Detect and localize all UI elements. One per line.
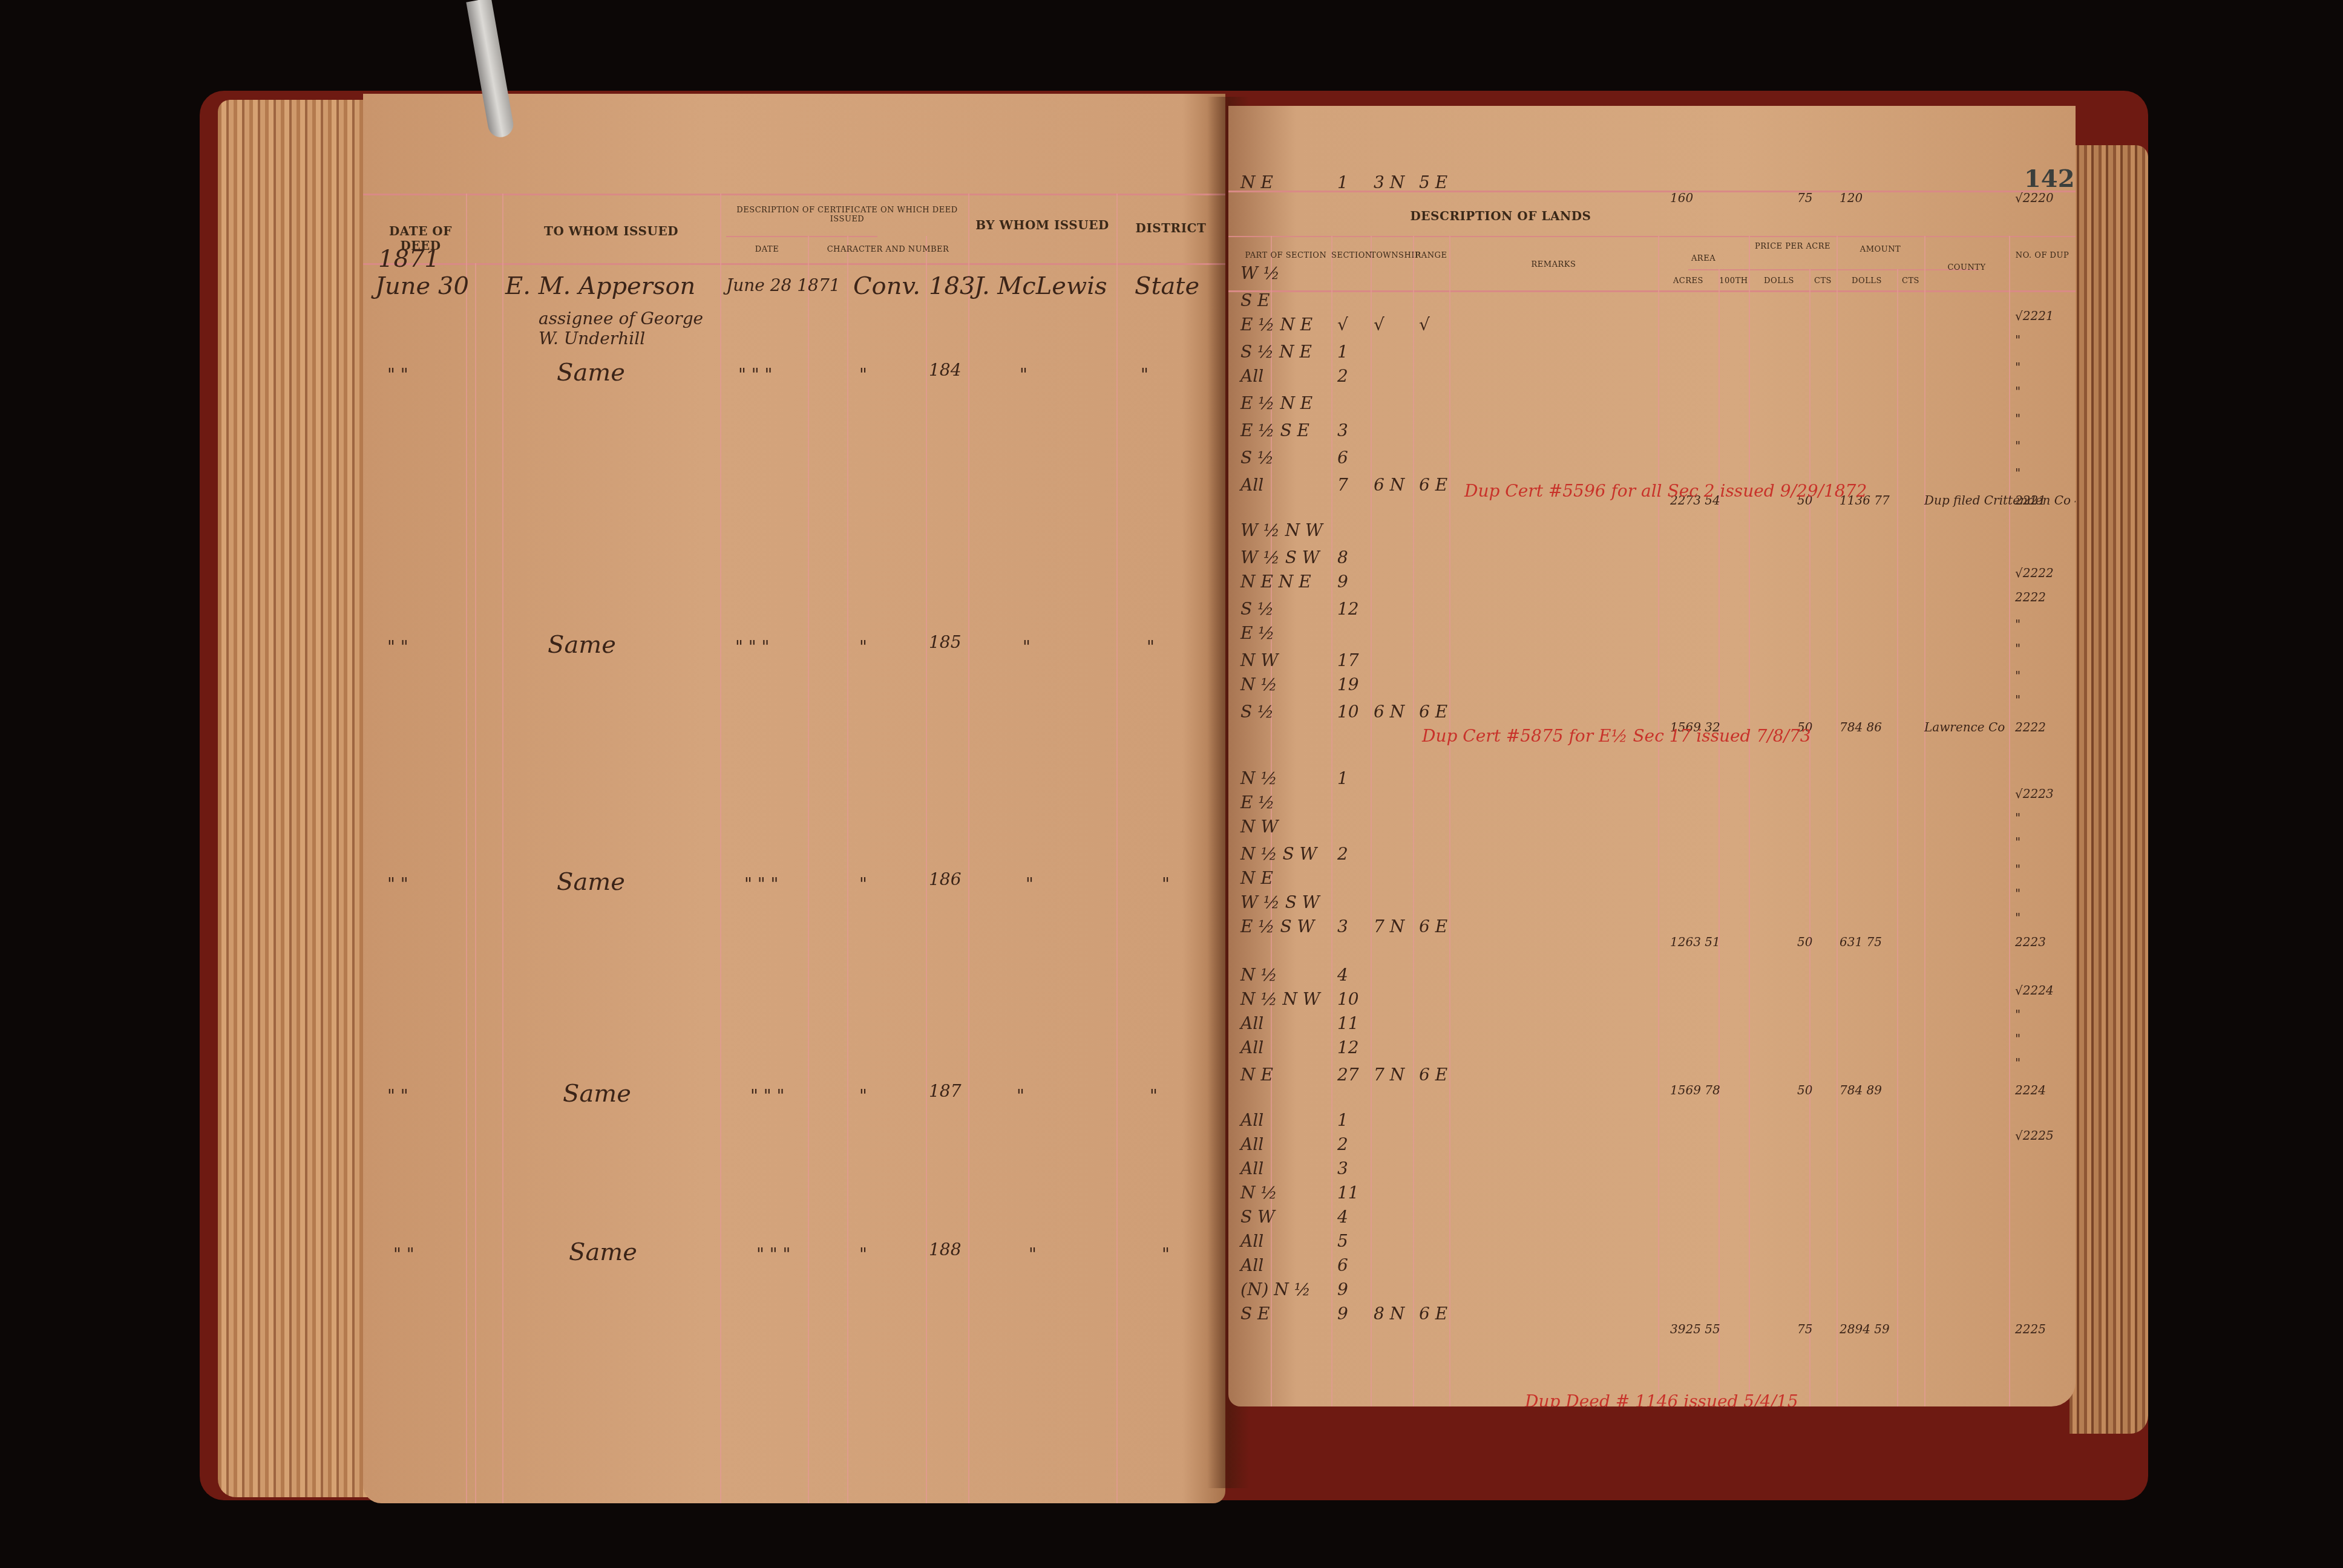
header-area-acres: Acres	[1658, 276, 1719, 286]
part-of-section: N W	[1240, 650, 1278, 670]
cert-number: 184	[929, 360, 961, 380]
part-of-section: All	[1240, 475, 1263, 495]
part-of-section: All	[1240, 1037, 1263, 1057]
district: "	[1147, 637, 1155, 657]
part-of-section: All	[1240, 1134, 1263, 1154]
dup-number: "	[2015, 641, 2020, 656]
dup-number: "	[2015, 1056, 2020, 1070]
cert-number: 183	[929, 272, 975, 300]
col-rule	[926, 236, 927, 1503]
area: 1569 78	[1670, 1083, 1720, 1097]
col-rule	[968, 194, 969, 1503]
section: 11	[1337, 1183, 1359, 1203]
deed-date: " "	[393, 1244, 415, 1264]
section: 1	[1337, 768, 1348, 788]
part-of-section: E ½ S E	[1240, 420, 1309, 440]
amount: 631 75	[1840, 935, 1882, 949]
col-rule	[1897, 269, 1898, 1406]
dup-number: 2222	[2015, 590, 2046, 604]
deed-date: " "	[387, 874, 408, 894]
area: 160	[1670, 191, 1693, 205]
section: 6	[1337, 1255, 1348, 1275]
header-amount: Amount	[1837, 245, 1924, 254]
section: 6	[1337, 448, 1348, 468]
dup-number: √2225	[2015, 1128, 2054, 1143]
red-annotation: Dup Cert #5875 for E½ Sec 17 issued 7/8/…	[1422, 726, 1811, 746]
part-of-section: All	[1240, 1013, 1263, 1033]
cert-number: 186	[929, 869, 961, 889]
dup-number: 2221	[2015, 493, 2046, 508]
part-of-section: N ½	[1240, 768, 1277, 788]
section: √	[1337, 315, 1348, 335]
range: 6 E	[1419, 1065, 1447, 1085]
section: 2	[1337, 366, 1348, 386]
right-page: Description of Lands Part of Section Sec…	[1228, 106, 2076, 1406]
dup-number: "	[2015, 384, 2020, 399]
part-of-section: N E N E	[1240, 572, 1311, 592]
dup-number: "	[2015, 466, 2020, 480]
dup-number: √2224	[2015, 983, 2054, 998]
issued-by: "	[1023, 637, 1031, 657]
header-certificate-description: Description of Certificate on which Deed…	[726, 206, 968, 224]
dup-number: "	[2015, 1031, 2020, 1046]
section: 2	[1337, 844, 1348, 864]
col-rule	[1413, 236, 1414, 1406]
section: 2	[1337, 1134, 1348, 1154]
page-number: 142	[2024, 165, 2075, 193]
cert-number: 188	[929, 1240, 961, 1259]
part-of-section: (N) N ½	[1240, 1279, 1311, 1299]
header-price-dolls: Dolls	[1749, 276, 1809, 286]
cert-subheader-rule	[726, 236, 877, 237]
part-of-section: All	[1240, 1231, 1263, 1251]
section: 11	[1337, 1013, 1359, 1033]
part-of-section: All	[1240, 1110, 1263, 1130]
part-of-section: W ½	[1240, 263, 1280, 283]
section: 8	[1337, 547, 1348, 567]
col-rule	[1331, 236, 1332, 1406]
section: 10	[1337, 989, 1359, 1009]
header-area: Area	[1658, 254, 1749, 263]
area: 1263 51	[1670, 935, 1720, 949]
district: "	[1162, 874, 1170, 894]
dup-number: "	[2015, 439, 2020, 453]
part-of-section: E ½ S W	[1240, 916, 1314, 936]
issued-by: J. McLewis	[974, 272, 1107, 300]
section: 9	[1337, 572, 1348, 592]
header-range: Range	[1413, 251, 1449, 260]
dup-number: "	[2015, 617, 2020, 632]
part-of-section: W ½ N W	[1240, 520, 1323, 540]
section: 4	[1337, 965, 1348, 985]
col-rule	[1809, 269, 1810, 1406]
cert-number: 185	[929, 632, 961, 652]
cert-character: "	[859, 365, 867, 385]
part-of-section: W ½ S W	[1240, 547, 1320, 567]
dup-number: √2221	[2015, 309, 2054, 323]
red-annotation: Dup Deed # 1146 issued 5/4/15	[1525, 1391, 1798, 1406]
township: 3 N	[1374, 172, 1404, 192]
section: 12	[1337, 1037, 1359, 1057]
col-rule	[1719, 269, 1720, 1406]
section: 3	[1337, 916, 1348, 936]
dup-number: "	[2015, 411, 2020, 426]
cert-date: " " "	[756, 1244, 790, 1264]
part-of-section: S ½	[1240, 448, 1274, 468]
township: 6 N	[1374, 475, 1404, 495]
left-page-edges	[218, 100, 369, 1497]
header-part-of-section: Part of Section	[1240, 251, 1331, 260]
district: "	[1150, 1086, 1158, 1106]
header-price-per-acre: Price per Acre	[1749, 242, 1837, 251]
dup-number: "	[2015, 811, 2020, 825]
part-of-section: N ½	[1240, 965, 1277, 985]
range: √	[1419, 315, 1430, 335]
cert-date: " " "	[738, 365, 772, 385]
part-of-section: S ½ N E	[1240, 342, 1312, 362]
cert-date: June 28 1871	[726, 275, 841, 295]
part-of-section: N E	[1240, 172, 1273, 192]
red-annotation: Dup Cert #5596 for all Sec 2 issued 9/29…	[1464, 481, 1867, 501]
part-of-section: All	[1240, 366, 1263, 386]
dup-number: 2223	[2015, 935, 2046, 949]
header-by-whom-issued: By Whom Issued	[968, 218, 1116, 232]
section: 1	[1337, 172, 1348, 192]
dup-number: "	[2015, 693, 2020, 707]
col-rule	[475, 263, 476, 1503]
cert-character: "	[859, 874, 867, 894]
header-bottom-rule	[1228, 290, 2076, 292]
col-rule	[1658, 236, 1659, 1406]
part-of-section: N E	[1240, 868, 1273, 888]
price-per-acre: 75	[1797, 191, 1812, 205]
county: Lawrence Co	[1924, 720, 2005, 734]
dup-number: "	[2015, 360, 2020, 374]
issued-by: "	[1017, 1086, 1024, 1106]
section: 9	[1337, 1304, 1348, 1324]
township: 6 N	[1374, 702, 1404, 722]
grantee-note: assignee of George W. Underhill	[539, 309, 720, 348]
col-rule	[808, 236, 809, 1503]
header-cert-character-number: Character and Number	[808, 245, 968, 254]
grantee: Same	[557, 359, 625, 387]
col-rule	[847, 236, 848, 1503]
grantee: E. M. Apperson	[505, 272, 695, 300]
range: 6 E	[1419, 916, 1447, 936]
header-to-whom-issued: To Whom Issued	[502, 224, 720, 238]
grantee: Same	[548, 631, 616, 659]
right-page-edges	[2069, 145, 2148, 1434]
dup-number: "	[2015, 910, 2020, 925]
lands-subheader-rule	[1228, 236, 2076, 237]
dup-number: √2223	[2015, 786, 2054, 801]
section: 1	[1337, 1110, 1348, 1130]
area: 3925 55	[1670, 1322, 1720, 1336]
header-no-of-dup: No. of Dup	[2009, 251, 2076, 260]
col-rule	[1371, 236, 1372, 1406]
price-per-acre: 50	[1797, 935, 1812, 949]
cert-character: "	[859, 637, 867, 657]
issued-by: "	[1026, 874, 1034, 894]
cert-character: Conv.	[853, 272, 920, 300]
range: 5 E	[1419, 172, 1447, 192]
dup-number: 2222	[2015, 720, 2046, 734]
part-of-section: N W	[1240, 817, 1278, 837]
grantee: Same	[557, 868, 625, 896]
part-of-section: S W	[1240, 1207, 1275, 1227]
part-of-section: N ½	[1240, 675, 1277, 694]
district: State	[1135, 272, 1199, 300]
dup-number: "	[2015, 835, 2020, 849]
township: 8 N	[1374, 1304, 1404, 1324]
deed-date: June 30	[375, 272, 469, 300]
section: 10	[1337, 702, 1359, 722]
col-rule	[1749, 236, 1750, 1406]
header-section: Section	[1331, 251, 1371, 260]
dup-number: "	[2015, 1007, 2020, 1022]
section: 3	[1337, 1158, 1348, 1178]
dup-number: 2224	[2015, 1083, 2046, 1097]
dup-number: "	[2015, 333, 2020, 347]
col-rule	[720, 194, 721, 1503]
header-amount-cts: Cts	[1897, 276, 1924, 286]
header-bottom-rule	[363, 263, 1225, 265]
part-of-section: W ½ S W	[1240, 892, 1320, 912]
price-per-acre: 50	[1797, 1083, 1812, 1097]
header-price-cts: Cts	[1809, 276, 1837, 286]
section: 5	[1337, 1231, 1348, 1251]
township: 7 N	[1374, 916, 1404, 936]
part-of-section: E ½	[1240, 792, 1274, 812]
header-county: County	[1924, 263, 2009, 272]
part-of-section: N ½ S W	[1240, 844, 1317, 864]
section: 4	[1337, 1207, 1348, 1227]
cert-date: " " "	[744, 874, 778, 894]
section: 27	[1337, 1065, 1359, 1085]
range: 6 E	[1419, 1304, 1447, 1324]
part-of-section: N ½	[1240, 1183, 1277, 1203]
section: 12	[1337, 599, 1359, 619]
part-of-section: All	[1240, 1255, 1263, 1275]
left-page: Date of Deed To Whom Issued Description …	[363, 94, 1225, 1503]
range: 6 E	[1419, 475, 1447, 495]
part-of-section: S E	[1240, 1304, 1270, 1324]
header-township: Township	[1371, 251, 1413, 260]
col-rule	[2009, 236, 2010, 1406]
amount: 784 89	[1840, 1083, 1882, 1097]
header-top-rule	[363, 194, 1225, 195]
issued-by: "	[1020, 365, 1027, 385]
cert-date: " " "	[735, 637, 769, 657]
col-rule	[1116, 194, 1118, 1503]
section: 19	[1337, 675, 1359, 694]
col-rule	[1449, 236, 1450, 1406]
part-of-section: E ½	[1240, 623, 1274, 643]
district: "	[1141, 365, 1149, 385]
range: 6 E	[1419, 702, 1447, 722]
cert-date: " " "	[750, 1086, 784, 1106]
price-per-acre: 75	[1797, 1322, 1812, 1336]
section: 1	[1337, 342, 1348, 362]
grantee: Same	[569, 1238, 637, 1266]
amount: 784 86	[1840, 720, 1882, 734]
col-rule	[466, 194, 467, 1503]
issued-by: "	[1029, 1244, 1037, 1264]
cert-character: "	[859, 1244, 867, 1264]
cert-number: 187	[929, 1081, 961, 1101]
part-of-section: E ½ N E	[1240, 315, 1312, 335]
dup-number: "	[2015, 668, 2020, 683]
header-cert-date: Date	[726, 245, 808, 254]
township: 7 N	[1374, 1065, 1404, 1085]
township: √	[1374, 315, 1384, 335]
part-of-section: S ½	[1240, 702, 1274, 722]
section: 3	[1337, 420, 1348, 440]
col-rule	[1924, 236, 1925, 1406]
header-area-100ths: 100th	[1719, 276, 1749, 286]
section: 9	[1337, 1279, 1348, 1299]
part-of-section: S E	[1240, 290, 1270, 310]
col-rule	[502, 194, 503, 1503]
dup-number: √2222	[2015, 566, 2054, 580]
header-description-of-lands: Description of Lands	[1349, 209, 1652, 223]
cert-character: "	[859, 1086, 867, 1106]
county: Dup filed Crittenden Co 4/14/81	[1924, 493, 2076, 508]
year: 1871	[378, 245, 440, 273]
section: 17	[1337, 650, 1359, 670]
part-of-section: E ½ N E	[1240, 393, 1312, 413]
amount: 120	[1840, 191, 1863, 205]
header-top-rule	[1228, 191, 2076, 192]
part-of-section: S ½	[1240, 599, 1274, 619]
dup-number: 2225	[2015, 1322, 2046, 1336]
amount: 2894 59	[1840, 1322, 1890, 1336]
dup-number: "	[2015, 862, 2020, 877]
header-remarks: Remarks	[1449, 260, 1658, 269]
deed-date: " "	[387, 637, 408, 657]
deed-date: " "	[387, 1086, 408, 1106]
col-rule	[1837, 236, 1838, 1406]
part-of-section: N E	[1240, 1065, 1273, 1085]
part-of-section: All	[1240, 1158, 1263, 1178]
part-of-section: N ½ N W	[1240, 989, 1320, 1009]
deed-date: " "	[387, 365, 408, 385]
section: 7	[1337, 475, 1348, 495]
header-amount-dolls: Dolls	[1837, 276, 1897, 286]
dup-number: "	[2015, 886, 2020, 901]
grantee: Same	[563, 1080, 631, 1108]
district: "	[1162, 1244, 1170, 1264]
